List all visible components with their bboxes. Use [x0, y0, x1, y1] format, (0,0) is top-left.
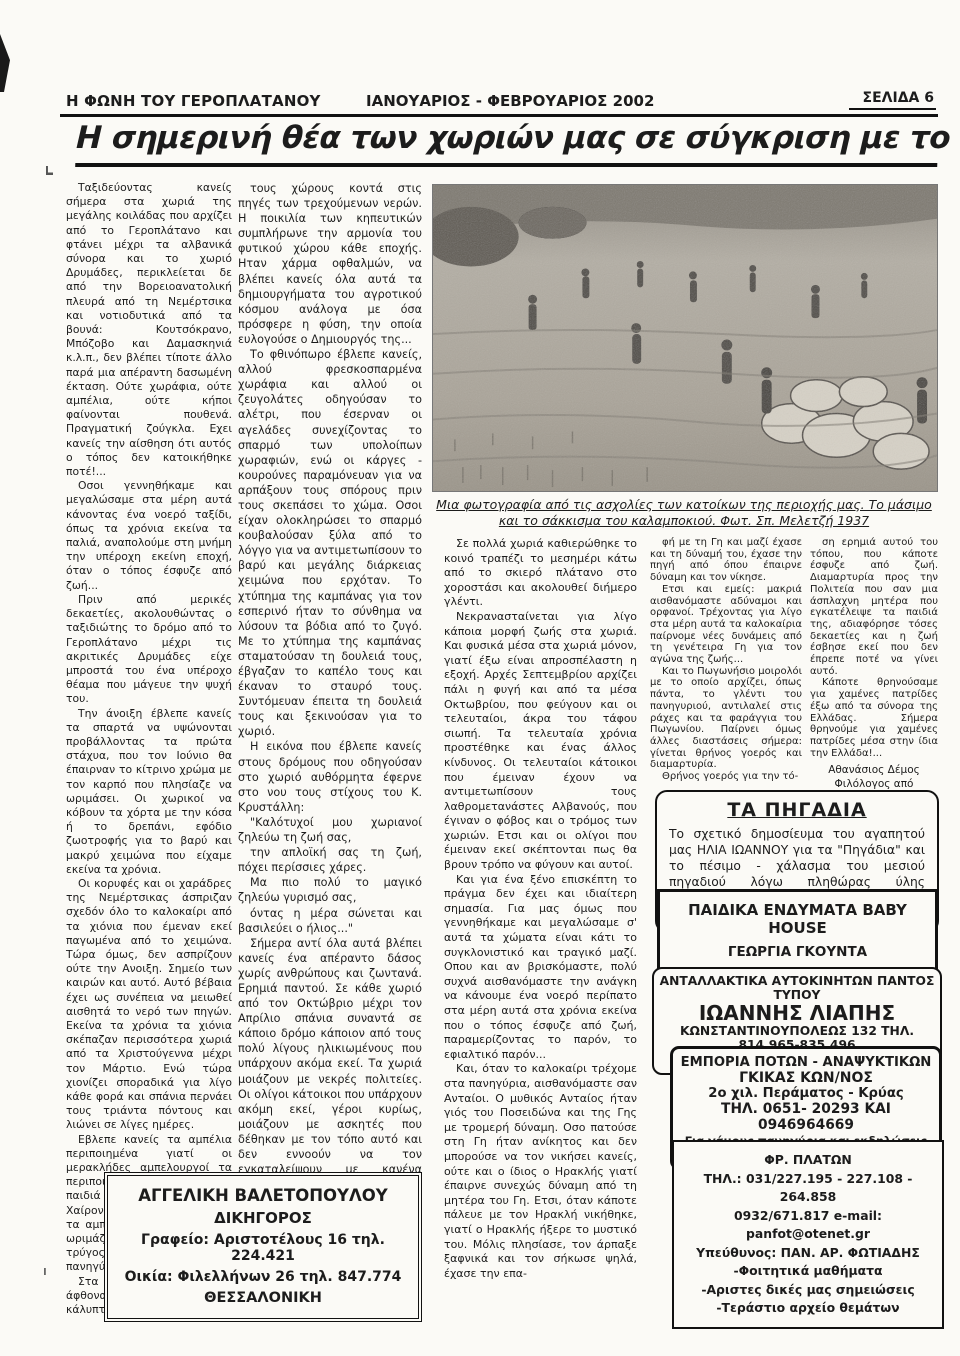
header-rule: [60, 114, 938, 117]
author-name: Αθανάσιος Δέμος: [810, 764, 938, 778]
ad-line: ΑΝΤΑΛΛΑΚΤΙΚΑ ΑΥΤΟΚΙΝΗΤΩΝ ΠΑΝΤΟΣ ΤΥΠΟΥ: [656, 974, 938, 1002]
ad-phone: ΤΗΛ.: 031/227.195 - 227.108 - 264.858: [678, 1170, 938, 1207]
scan-artifact: [0, 34, 10, 92]
page-number-label: ΣΕΛΙΔΑ 6: [849, 90, 936, 110]
ad-name: ΦΡ. ΠΛΑΤΩΝ: [678, 1151, 938, 1170]
page-header: Η ΦΩΝΗ ΤΟΥ ΓΕΡΟΠΛΑΤΑΝΟΥ ΙΑΝΟΥΑΡΙΟΣ - ΦΕΒ…: [66, 90, 936, 110]
paragraph: Μα πιο πολύ το μαγικό ζηλεύω γυρισμό σας…: [238, 875, 422, 905]
article-column-5: ση ερημιά αυτού του τόπου, που κάποτε έσ…: [810, 537, 938, 818]
field-scene-photo: [433, 185, 937, 491]
ad-name: ΑΓΓΕΛΙΚΗ ΒΑΛΕΤΟΠΟΥΛΟΥ: [114, 1186, 412, 1205]
article-column-2: τους χώρους κοντά στις πηγές των τρεχούμ…: [238, 181, 422, 1298]
paragraph: Και, όταν το καλοκαίρι τρέχομε στα πανηγ…: [444, 1062, 637, 1281]
paragraph: Ετσι και εμείς: μακριά αισθανόμαστε αδύν…: [650, 584, 802, 666]
ad-home: Οικία: Φιλελλήνων 26 τηλ. 847.774: [114, 1269, 412, 1285]
scan-artifact: [44, 1268, 50, 1275]
paragraph: Νεκρανασταίνεται για λίγο κάποια μορφή ζ…: [444, 610, 637, 873]
ad-box-platon: ΦΡ. ΠΛΑΤΩΝ ΤΗΛ.: 031/227.195 - 227.108 -…: [672, 1140, 944, 1329]
paragraph: Θρήνος γοερός για την τό-: [650, 771, 802, 783]
column5-text: ση ερημιά αυτού του τόπου, που κάποτε έσ…: [810, 537, 938, 759]
ad-line: ΓΕΩΡΓΙΑ ΓΚΟΥΝΤΑ: [664, 944, 931, 960]
ad-city: ΘΕΣΣΑΛΟΝΙΚΗ: [114, 1290, 412, 1306]
paragraph: την απλοϊκή σας τη ζωή, πόχει περίσσιες …: [238, 845, 422, 875]
scan-artifact: [46, 166, 53, 175]
ad-service: -Φοιτητικά μαθήματα: [678, 1262, 938, 1281]
paragraph: Η εικόνα που έβλεπε κανείς στους δρόμους…: [238, 739, 422, 814]
article-column-3: Σε πολλά χωριά καθιερώθηκε το κοινό τραπ…: [444, 537, 637, 1281]
article-photo: [432, 184, 938, 492]
ad-name: ΙΩΑΝΝΗΣ ΛΙΑΠΗΣ: [656, 1002, 938, 1024]
paragraph: Και για ένα ξένο επισκέπτη το πράγμα δεν…: [444, 873, 637, 1063]
issue-date: ΙΑΝΟΥΑΡΙΟΣ - ΦΕΒΡΟΥΑΡΙΟΣ 2002: [366, 92, 726, 110]
paragraph: Κάποτε θρηνούσαμε για χαμένες πατρίδες έ…: [810, 677, 938, 759]
ad-office: Γραφείο: Αριστοτέλους 16 τηλ. 224.421: [114, 1232, 412, 1264]
paragraph: Το φθινόπωρο έβλεπε κανείς, αλλού φρεσκο…: [238, 347, 422, 739]
paragraph: Σε πολλά χωριά καθιερώθηκε το κοινό τραπ…: [444, 537, 637, 610]
ad-phone: ΤΗΛ. 0651- 20293 ΚΑΙ 0946964669: [675, 1101, 937, 1133]
paragraph: Ταξιδεύοντας κανείς σήμερα στα χωριά της…: [66, 181, 232, 479]
ad-contact: Υπεύθυνος: ΠΑΝ. ΑΡ. ΦΩΤΙΑΔΗΣ: [678, 1244, 938, 1263]
ad-email: 0932/671.817 e-mail: panfot@otenet.gr: [678, 1207, 938, 1244]
ad-service: -Τεράστιο αρχείο θεμάτων: [678, 1299, 938, 1318]
ad-service: -Αριστες δικές μας σημειώσεις: [678, 1281, 938, 1300]
ad-line: ΕΜΠΟΡΙΑ ΠΟΤΩΝ - ΑΝΑΨΥΚΤΙΚΩΝ: [675, 1055, 937, 1070]
newspaper-page: Η ΦΩΝΗ ΤΟΥ ΓΕΡΟΠΛΑΤΑΝΟΥ ΙΑΝΟΥΑΡΙΟΣ - ΦΕΒ…: [0, 0, 960, 1356]
paragraph: "Καλότυχοί μου χωριανοί ζηλεύω τη ζωή σα…: [238, 815, 422, 845]
ad-address: 2ο χιλ. Περάματος - Κρύας: [675, 1086, 937, 1101]
ad-box-lawyer: ΑΓΓΕΛΙΚΗ ΒΑΛΕΤΟΠΟΥΛΟΥ ΔΙΚΗΓΟΡΟΣ Γραφείο:…: [104, 1172, 422, 1322]
paragraph: Οσοι γεννηθήκαμε και μεγαλώσαμε στα μέρη…: [66, 479, 232, 593]
paragraph: ση ερημιά αυτού του τόπου, που κάποτε έσ…: [810, 537, 938, 677]
ad-profession: ΔΙΚΗΓΟΡΟΣ: [114, 1209, 412, 1227]
paragraph: φή με τη Γη και μαζί έχασε και τη δύναμή…: [650, 537, 802, 584]
paragraph: Και το Πωγωνήσιο μοιρολόι με το οποίο αρ…: [650, 666, 802, 771]
paragraph: Πριν από μερικές δεκαετίες, ακολουθώντας…: [66, 593, 232, 707]
ad-name: ΓΚΙΚΑΣ ΚΩΝ/ΝΟΣ: [675, 1070, 937, 1086]
notice-title: ΤΑ ΠΗΓΑΔΙΑ: [669, 799, 925, 821]
article-headline: Η σημερινή θέα των χωριών μας σε σύγκρισ…: [75, 120, 939, 167]
paragraph: Οι κορυφές και οι χαράδρες της Νεμέρτσικ…: [66, 877, 232, 1133]
article-column-1: Ταξιδεύοντας κανείς σήμερα στα χωριά της…: [66, 181, 232, 1317]
paragraph: τους χώρους κοντά στις πηγές των τρεχούμ…: [238, 181, 422, 347]
paragraph: Την άνοιξη έβλεπε κανείς τα σπαρτά να υψ…: [66, 707, 232, 877]
ad-line: ΠΑΙΔΙΚΑ ΕΝΔΥΜΑΤΑ BABY HOUSE: [664, 901, 931, 937]
photo-caption: Μια φωτογραφία από τις ασχολίες των κατο…: [430, 497, 938, 529]
masthead-title: Η ΦΩΝΗ ΤΟΥ ΓΕΡΟΠΛΑΤΑΝΟΥ: [66, 92, 366, 110]
paragraph: όντας η μέρα σώνεται και βασιλεύει ο ήλι…: [238, 906, 422, 936]
article-column-4: φή με τη Γη και μαζί έχασε και τη δύναμή…: [650, 537, 802, 783]
paragraph: Σήμερα αντί όλα αυτά βλέπει κανείς ένα α…: [238, 936, 422, 1193]
